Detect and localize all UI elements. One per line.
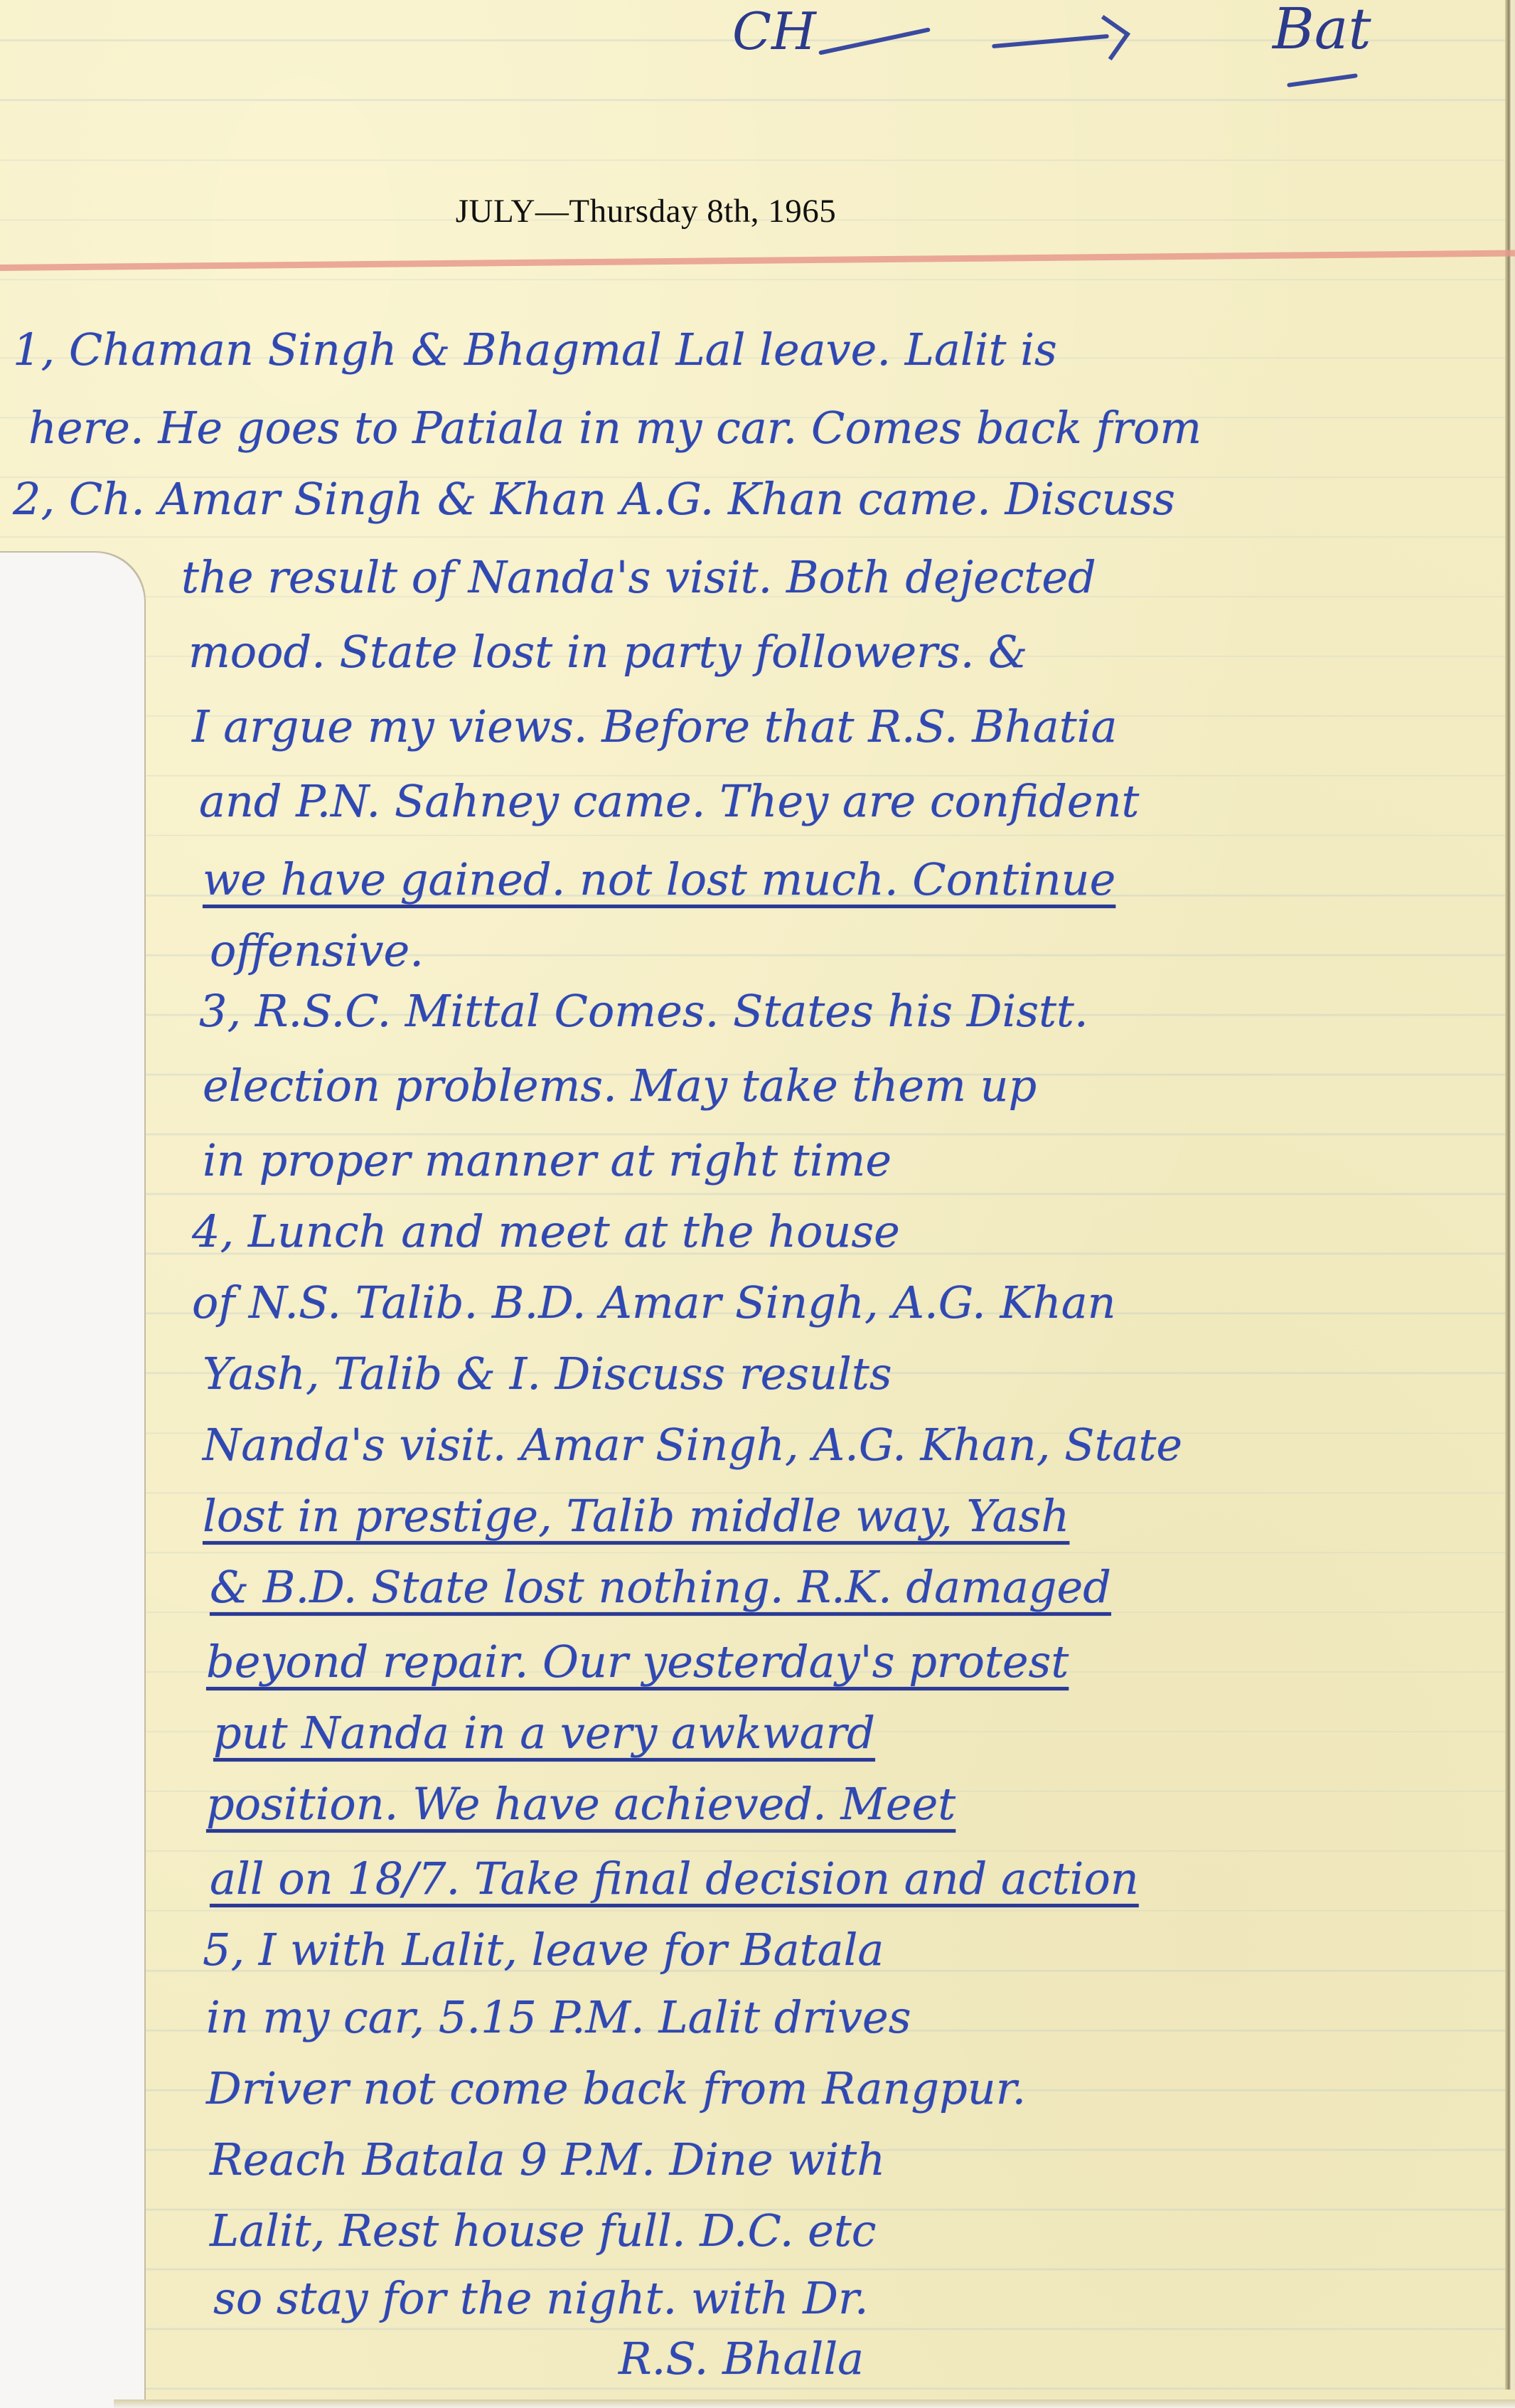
- entry-line: Driver not come back from Rangpur.: [206, 2062, 1026, 2114]
- entry-line: Nanda's visit. Amar Singh, A.G. Khan, St…: [203, 1419, 1182, 1471]
- entry-line: the result of Nanda's visit. Both deject…: [181, 551, 1096, 603]
- margin-rule: [0, 250, 1515, 271]
- entry-line: offensive.: [210, 925, 424, 976]
- underline-mark: [1287, 73, 1358, 87]
- entry-line: put Nanda in a very awkward: [213, 1707, 875, 1759]
- entry-line: 1, Chaman Singh & Bhagmal Lal leave. Lal…: [13, 324, 1057, 375]
- entry-line: here. He goes to Patiala in my car. Come…: [28, 402, 1201, 454]
- annotation-right: Bat: [1273, 0, 1371, 62]
- entry-line: mood. State lost in party followers. &: [188, 626, 1027, 678]
- entry-line: 3, R.S.C. Mittal Comes. States his Distt…: [199, 985, 1088, 1037]
- entry-line: 4, Lunch and meet at the house: [192, 1205, 900, 1257]
- entry-line: we have gained. not lost much. Continue: [203, 853, 1115, 905]
- entry-line: 2, Ch. Amar Singh & Khan A.G. Khan came.…: [13, 473, 1175, 525]
- entry-line: in my car, 5.15 P.M. Lalit drives: [206, 1991, 911, 2043]
- annotation-left: CH: [732, 1, 816, 61]
- entry-line: Lalit, Rest house full. D.C. etc: [210, 2205, 876, 2257]
- entry-line: Reach Batala 9 P.M. Dine with: [210, 2133, 885, 2185]
- date-header-text: JULY—Thursday 8th, 1965: [456, 193, 837, 230]
- page-cutout: [0, 551, 146, 2408]
- arrowhead-icon: [1085, 15, 1130, 60]
- arrow-icon: [818, 27, 931, 55]
- page-bottom-edge: [114, 2399, 1515, 2408]
- entry-line: and P.N. Sahney came. They are confident: [199, 775, 1139, 827]
- entry-line: I argue my views. Before that R.S. Bhati…: [192, 700, 1117, 752]
- entry-line: all on 18/7. Take final decision and act…: [210, 1853, 1139, 1904]
- entry-line: of N.S. Talib. B.D. Amar Singh, A.G. Kha…: [192, 1277, 1116, 1328]
- entry-line: lost in prestige, Talib middle way, Yash: [203, 1490, 1069, 1542]
- date-header: JULY—Thursday 8th, 1965: [0, 192, 1515, 230]
- entry-line-signature: R.S. Bhalla: [619, 2333, 864, 2385]
- page-binding-edge: [1505, 0, 1515, 2390]
- diary-page: CH Bat JULY—Thursday 8th, 1965 1, Chaman…: [0, 0, 1515, 2408]
- entry-line: in proper manner at right time: [203, 1134, 892, 1186]
- entry-line: so stay for the night. with Dr.: [213, 2272, 869, 2324]
- top-annotation: CH Bat: [732, 0, 1408, 107]
- entry-line: & B.D. State lost nothing. R.K. damaged: [210, 1561, 1111, 1613]
- entry-line: election problems. May take them up: [203, 1060, 1037, 1112]
- entry-line: 5, I with Lalit, leave for Batala: [203, 1924, 884, 1976]
- entry-line: Yash, Talib & I. Discuss results: [203, 1348, 892, 1400]
- entry-line: beyond repair. Our yesterday's protest: [206, 1636, 1069, 1688]
- entry-line: position. We have achieved. Meet: [206, 1778, 955, 1830]
